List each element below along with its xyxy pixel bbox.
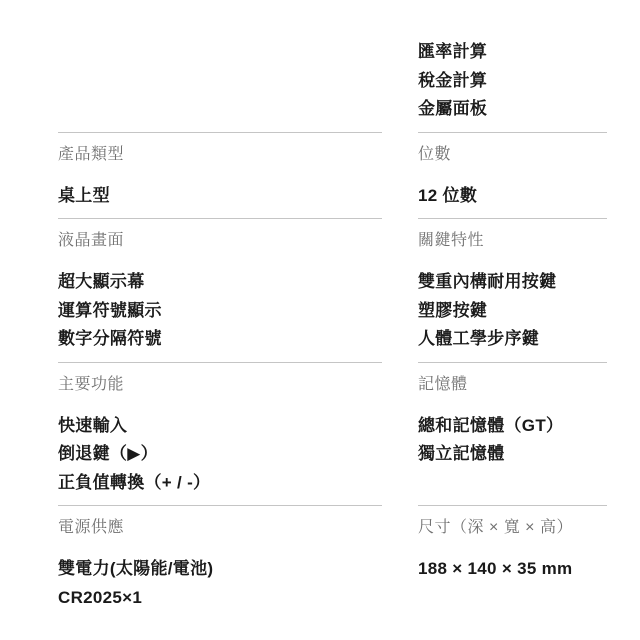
spec-cell-right-2: 記憶體總和記憶體（GT）獨立記憶體 bbox=[418, 362, 607, 506]
spec-item: 188 × 140 × 35 mm bbox=[418, 555, 607, 584]
spec-item-list: 12 位數 bbox=[418, 182, 607, 211]
spec-item: 倒退鍵（▶） bbox=[58, 440, 382, 469]
spec-item: CR2025×1 bbox=[58, 584, 382, 613]
spec-item: 雙電力(太陽能/電池) bbox=[58, 555, 382, 584]
spec-item-list: 188 × 140 × 35 mm bbox=[418, 555, 607, 584]
spec-section-header: 尺寸（深 × 寬 × 高） bbox=[418, 520, 607, 536]
spec-item-list: 快速輸入倒退鍵（▶）正負值轉換（+ / -） bbox=[58, 412, 382, 498]
spec-item: 12 位數 bbox=[418, 182, 607, 211]
spec-section-header: 液晶畫面 bbox=[58, 233, 382, 249]
spec-item: 金屬面板 bbox=[418, 95, 607, 124]
spec-item-list: 匯率計算稅金計算金屬面板 bbox=[418, 38, 607, 124]
spec-cell-right-0: 位數12 位數 bbox=[418, 132, 607, 219]
spec-item: 稅金計算 bbox=[418, 67, 607, 96]
spec-item: 超大顯示幕 bbox=[58, 268, 382, 297]
spec-item: 獨立記憶體 bbox=[418, 440, 607, 469]
spec-section-header: 關鍵特性 bbox=[418, 233, 607, 249]
spec-item-list: 雙電力(太陽能/電池)CR2025×1 bbox=[58, 555, 382, 612]
spec-cell-intro-left bbox=[58, 38, 382, 132]
spec-item: 桌上型 bbox=[58, 182, 382, 211]
spec-item-list: 總和記憶體（GT）獨立記憶體 bbox=[418, 412, 607, 469]
spec-item: 總和記憶體（GT） bbox=[418, 412, 607, 441]
spec-cell-left-2: 主要功能快速輸入倒退鍵（▶）正負值轉換（+ / -） bbox=[58, 362, 382, 506]
spec-item-list: 超大顯示幕運算符號顯示數字分隔符號 bbox=[58, 268, 382, 354]
spec-item-list: 雙重內構耐用按鍵塑膠按鍵人體工學步序鍵 bbox=[418, 268, 607, 354]
spec-item: 匯率計算 bbox=[418, 38, 607, 67]
spec-item: 雙重內構耐用按鍵 bbox=[418, 268, 607, 297]
spec-item: 運算符號顯示 bbox=[58, 297, 382, 326]
spec-item: 塑膠按鍵 bbox=[418, 297, 607, 326]
spec-item: 數字分隔符號 bbox=[58, 325, 382, 354]
spec-cell-right-3: 尺寸（深 × 寬 × 高）188 × 140 × 35 mm bbox=[418, 505, 607, 620]
spec-cell-intro-right: 匯率計算稅金計算金屬面板 bbox=[418, 38, 607, 132]
spec-cell-right-1: 關鍵特性雙重內構耐用按鍵塑膠按鍵人體工學步序鍵 bbox=[418, 218, 607, 362]
spec-cell-left-1: 液晶畫面超大顯示幕運算符號顯示數字分隔符號 bbox=[58, 218, 382, 362]
spec-item-list: 桌上型 bbox=[58, 182, 382, 211]
spec-cell-left-3: 電源供應雙電力(太陽能/電池)CR2025×1 bbox=[58, 505, 382, 620]
spec-item: 正負值轉換（+ / -） bbox=[58, 469, 382, 498]
spec-section-header: 電源供應 bbox=[58, 520, 382, 536]
spec-item: 快速輸入 bbox=[58, 412, 382, 441]
spec-section-header: 記憶體 bbox=[418, 377, 607, 393]
spec-section-header: 產品類型 bbox=[58, 147, 382, 163]
spec-section-header: 主要功能 bbox=[58, 377, 382, 393]
product-spec-table: 匯率計算稅金計算金屬面板產品類型桌上型位數12 位數液晶畫面超大顯示幕運算符號顯… bbox=[0, 0, 640, 620]
spec-item: 人體工學步序鍵 bbox=[418, 325, 607, 354]
spec-section-header: 位數 bbox=[418, 147, 607, 163]
spec-cell-left-0: 產品類型桌上型 bbox=[58, 132, 382, 219]
